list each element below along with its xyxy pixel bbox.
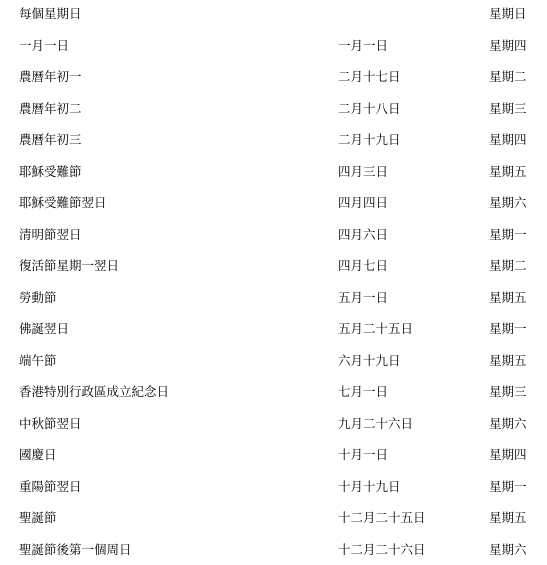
holiday-date: 九月二十六日 [338,415,413,433]
holiday-name: 農曆年初二 [19,100,82,118]
holiday-date: 二月十七日 [338,68,401,86]
table-row: 耶穌受難節 四月三日 星期五 [0,158,547,190]
table-row: 農曆年初三 二月十九日 星期四 [0,126,547,158]
table-row: 每個星期日 星期日 [0,0,547,32]
holiday-table: 每個星期日 星期日 一月一日 一月一日 星期四 農曆年初一 二月十七日 星期二 … [0,0,547,565]
table-row: 佛誕翌日 五月二十五日 星期一 [0,315,547,347]
holiday-date: 四月七日 [338,257,388,275]
holiday-date: 四月六日 [338,226,388,244]
table-row: 端午節 六月十九日 星期五 [0,347,547,379]
holiday-name: 國慶日 [19,446,57,464]
holiday-date: 十二月二十六日 [338,541,426,559]
holiday-weekday: 星期三 [489,100,527,118]
holiday-date: 四月三日 [338,163,388,181]
holiday-weekday: 星期二 [489,257,527,275]
holiday-weekday: 星期一 [489,478,527,496]
holiday-date: 一月一日 [338,37,388,55]
holiday-date: 四月四日 [338,194,388,212]
holiday-name: 香港特別行政區成立紀念日 [19,383,169,401]
holiday-name: 復活節星期一翌日 [19,257,119,275]
table-row: 一月一日 一月一日 星期四 [0,32,547,64]
table-row: 聖誕節後第一個周日 十二月二十六日 星期六 [0,536,547,565]
holiday-name: 聖誕節 [19,509,57,527]
holiday-name: 聖誕節後第一個周日 [19,541,132,559]
holiday-weekday: 星期四 [489,446,527,464]
holiday-weekday: 星期六 [489,194,527,212]
table-row: 中秋節翌日 九月二十六日 星期六 [0,410,547,442]
holiday-name: 勞動節 [19,289,57,307]
holiday-date: 二月十九日 [338,131,401,149]
holiday-weekday: 星期二 [489,68,527,86]
holiday-date: 七月一日 [338,383,388,401]
holiday-weekday: 星期四 [489,131,527,149]
table-row: 國慶日 十月一日 星期四 [0,441,547,473]
table-row: 聖誕節 十二月二十五日 星期五 [0,504,547,536]
holiday-weekday: 星期一 [489,226,527,244]
holiday-weekday: 星期日 [489,5,527,23]
table-row: 農曆年初一 二月十七日 星期二 [0,63,547,95]
table-row: 農曆年初二 二月十八日 星期三 [0,95,547,127]
holiday-weekday: 星期五 [489,352,527,370]
holiday-date: 六月十九日 [338,352,401,370]
holiday-weekday: 星期四 [489,37,527,55]
holiday-name: 每個星期日 [19,5,82,23]
holiday-weekday: 星期一 [489,320,527,338]
holiday-name: 中秋節翌日 [19,415,82,433]
holiday-date: 五月二十五日 [338,320,413,338]
holiday-name: 清明節翌日 [19,226,82,244]
holiday-weekday: 星期六 [489,541,527,559]
table-row: 重陽節翌日 十月十九日 星期一 [0,473,547,505]
holiday-name: 耶穌受難節 [19,163,82,181]
holiday-name: 重陽節翌日 [19,478,82,496]
holiday-weekday: 星期三 [489,383,527,401]
table-row: 香港特別行政區成立紀念日 七月一日 星期三 [0,378,547,410]
holiday-date: 五月一日 [338,289,388,307]
holiday-name: 耶穌受難節翌日 [19,194,107,212]
holiday-name: 農曆年初一 [19,68,82,86]
holiday-name: 一月一日 [19,37,69,55]
holiday-date: 二月十八日 [338,100,401,118]
holiday-name: 端午節 [19,352,57,370]
table-row: 復活節星期一翌日 四月七日 星期二 [0,252,547,284]
holiday-date: 十二月二十五日 [338,509,426,527]
holiday-date: 十月十九日 [338,478,401,496]
holiday-weekday: 星期五 [489,509,527,527]
table-row: 耶穌受難節翌日 四月四日 星期六 [0,189,547,221]
holiday-date: 十月一日 [338,446,388,464]
holiday-weekday: 星期五 [489,163,527,181]
holiday-name: 農曆年初三 [19,131,82,149]
holiday-weekday: 星期五 [489,289,527,307]
holiday-name: 佛誕翌日 [19,320,69,338]
table-row: 勞動節 五月一日 星期五 [0,284,547,316]
holiday-weekday: 星期六 [489,415,527,433]
table-row: 清明節翌日 四月六日 星期一 [0,221,547,253]
